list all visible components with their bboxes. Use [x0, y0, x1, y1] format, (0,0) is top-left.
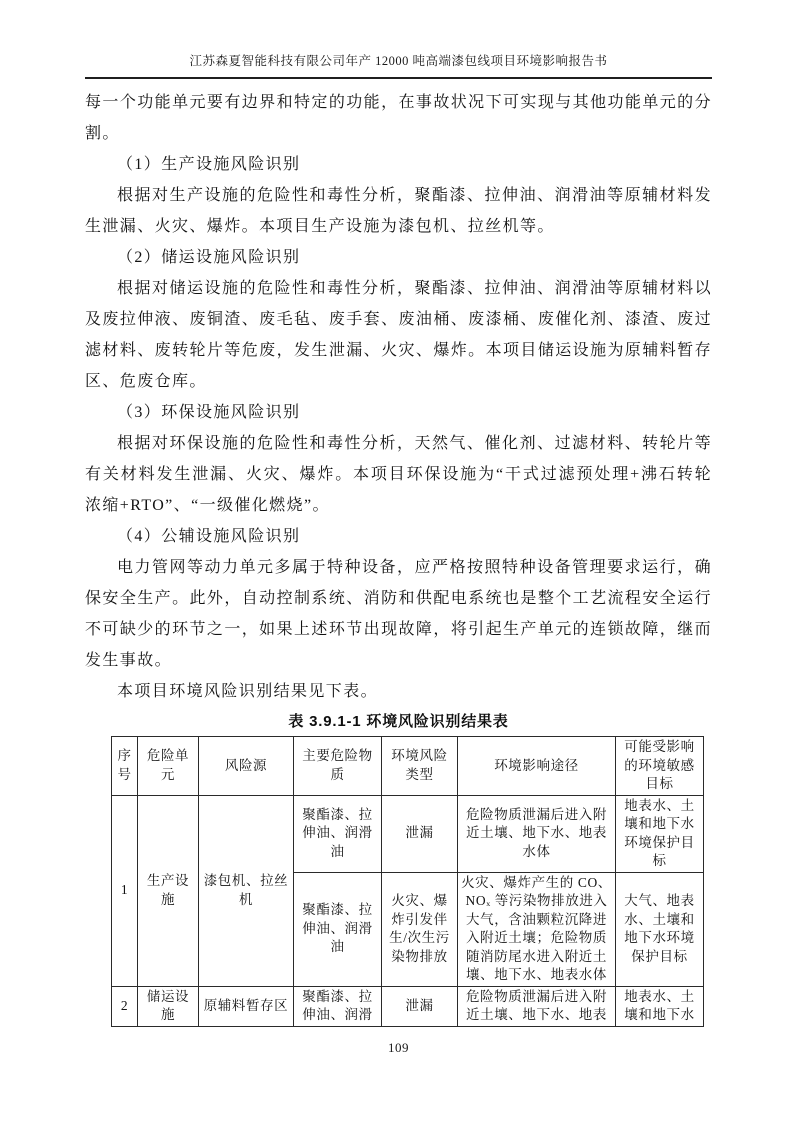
table-header-cell-source: 风险源 — [199, 737, 294, 796]
paragraph-heading-2: （2）储运设施风险识别 — [85, 242, 712, 273]
table-header-cell-substance: 主要危险物质 — [294, 737, 382, 796]
paragraph-heading-1: （1）生产设施风险识别 — [85, 149, 712, 180]
table-cell-source: 原辅料暂存区 — [199, 986, 294, 1026]
paragraph: 根据对储运设施的危险性和毒性分析，聚酯漆、拉伸油、润滑油等原辅材料以及废拉伸液、… — [85, 273, 712, 397]
paragraph-heading-3: （3）环保设施风险识别 — [85, 397, 712, 428]
table-cell-pathway: 火灾、爆炸产生的 CO、NOₓ 等污染物排放进入大气，含油颗粒沉降进入附近土壤；… — [458, 872, 616, 986]
table-cell-risk-type: 火灾、爆炸引发伴生/次生污染物排放 — [382, 872, 458, 986]
paragraph: 根据对环保设施的危险性和毒性分析，天然气、催化剂、过滤材料、转轮片等有关材料发生… — [85, 428, 712, 521]
paragraph: 每一个功能单元要有边界和特定的功能，在事故状况下可实现与其他功能单元的分割。 — [85, 87, 712, 149]
table-cell-target: 地表水、土壤和地下水 — [616, 986, 704, 1026]
table-cell-no: 2 — [112, 986, 138, 1026]
paragraph: 电力管网等动力单元多属于特种设备，应严格按照特种设备管理要求运行，确保安全生产。… — [85, 552, 712, 676]
table-header-cell-no: 序号 — [112, 737, 138, 796]
table-header-cell-risk-type: 环境风险类型 — [382, 737, 458, 796]
table-header-cell-target: 可能受影响的环境敏感目标 — [616, 737, 704, 796]
table-cell-pathway: 危险物质泄漏后进入附近土壤、地下水、地表水体 — [458, 795, 616, 872]
table-cell-substance: 聚酯漆、拉伸油、润滑油 — [294, 872, 382, 986]
page-number: 109 — [85, 1040, 712, 1056]
table-cell-pathway: 危险物质泄漏后进入附近土壤、地下水、地表 — [458, 986, 616, 1026]
table-cell-risk-type: 泄漏 — [382, 986, 458, 1026]
table-row: 2 储运设施 原辅料暂存区 聚酯漆、拉伸油、润滑 泄漏 危险物质泄漏后进入附近土… — [112, 986, 704, 1026]
paragraph-heading-4: （4）公辅设施风险识别 — [85, 521, 712, 552]
table-cell-no: 1 — [112, 795, 138, 986]
table-cell-target: 地表水、土壤和地下水环境保护目标 — [616, 795, 704, 872]
document-header-title: 江苏森夏智能科技有限公司年产 12000 吨高端漆包线项目环境影响报告书 — [85, 0, 712, 69]
table-header-cell-unit: 危险单元 — [138, 737, 199, 796]
table-cell-target: 大气、地表水、土壤和地下水环境保护目标 — [616, 872, 704, 986]
table-cell-substance: 聚酯漆、拉伸油、润滑 — [294, 986, 382, 1026]
table-cell-unit: 储运设施 — [138, 986, 199, 1026]
table-title: 表 3.9.1-1 环境风险识别结果表 — [85, 711, 712, 733]
table-cell-substance: 聚酯漆、拉伸油、润滑油 — [294, 795, 382, 872]
table-cell-unit: 生产设施 — [138, 795, 199, 986]
document-page: 江苏森夏智能科技有限公司年产 12000 吨高端漆包线项目环境影响报告书 每一个… — [0, 0, 793, 1122]
risk-identification-table: 序号 危险单元 风险源 主要危险物质 环境风险类型 环境影响途径 可能受影响的环… — [111, 736, 704, 1027]
paragraph: 本项目环境风险识别结果见下表。 — [85, 676, 712, 707]
paragraph: 根据对生产设施的危险性和毒性分析，聚酯漆、拉伸油、润滑油等原辅材料发生泄漏、火灾… — [85, 180, 712, 242]
table-header-cell-pathway: 环境影响途径 — [458, 737, 616, 796]
table-header-row: 序号 危险单元 风险源 主要危险物质 环境风险类型 环境影响途径 可能受影响的环… — [112, 737, 704, 796]
header-rule — [85, 77, 712, 79]
table-cell-risk-type: 泄漏 — [382, 795, 458, 872]
table-row: 1 生产设施 漆包机、拉丝机 聚酯漆、拉伸油、润滑油 泄漏 危险物质泄漏后进入附… — [112, 795, 704, 872]
table-cell-source: 漆包机、拉丝机 — [199, 795, 294, 986]
document-body: 每一个功能单元要有边界和特定的功能，在事故状况下可实现与其他功能单元的分割。 （… — [85, 87, 712, 707]
